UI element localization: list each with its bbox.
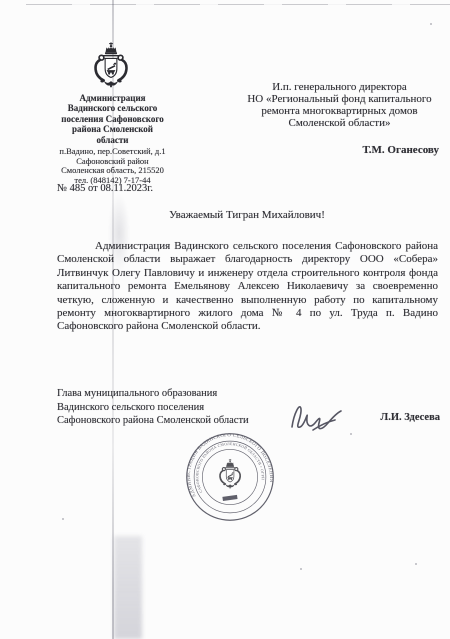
signatory-title-line: Глава муниципального образования: [57, 387, 297, 401]
org-name-line: Вадинского сельского: [30, 103, 195, 113]
stamp-ogrn-box: [222, 495, 237, 501]
recipient-title-line: Смоленской области»: [237, 118, 442, 130]
letterhead-block: Администрация Вадинского сельского посел…: [30, 93, 195, 185]
org-address-block: п.Вадино, пер.Советский, д.1 Сафоновский…: [30, 147, 195, 185]
scan-edge-line: [26, 4, 450, 5]
scan-speck: [350, 433, 352, 435]
coat-of-arms-icon: [89, 42, 133, 91]
signatory-title-line: Сафоновского района Смоленской области: [57, 414, 297, 428]
stamp-center-emblem: [220, 459, 240, 501]
signatory-name: Л.И. Здесева: [344, 412, 440, 423]
org-name-line: Администрация: [30, 93, 195, 103]
handwritten-signature: [285, 396, 349, 436]
recipient-title-line: ремонта многоквартирных домов: [237, 106, 442, 118]
scan-smudge-bottom: [114, 536, 142, 639]
salutation: Уважаемый Тигран Михайлович!: [57, 209, 437, 221]
scan-speck: [415, 563, 417, 565]
org-name-line: области: [30, 135, 195, 145]
signatory-title-block: Глава муниципального образования Вадинск…: [57, 387, 297, 428]
org-name-line: поселения Сафоновского: [30, 114, 195, 124]
org-name-line: района Смоленской: [30, 124, 195, 134]
reference-number-date: № 485 от 08.11.2023г.: [57, 183, 153, 194]
scan-speck: [62, 518, 64, 520]
scan-speck: [430, 23, 432, 25]
recipient-block: И.п. генерального директора НО «Регионал…: [237, 82, 442, 156]
official-round-stamp: АДМИНИСТРАЦИЯ ВАДИНСКОГО СЕЛЬСКОГО ПОСЕЛ…: [184, 431, 276, 523]
signatory-title-line: Вадинского сельского поселения: [57, 401, 297, 415]
body-paragraph: Администрация Вадинского сельского посел…: [57, 240, 438, 334]
letter-page: Администрация Вадинского сельского посел…: [0, 0, 450, 639]
scan-speck: [300, 568, 302, 570]
recipient-name: Т.М. Оганесову: [237, 144, 442, 156]
